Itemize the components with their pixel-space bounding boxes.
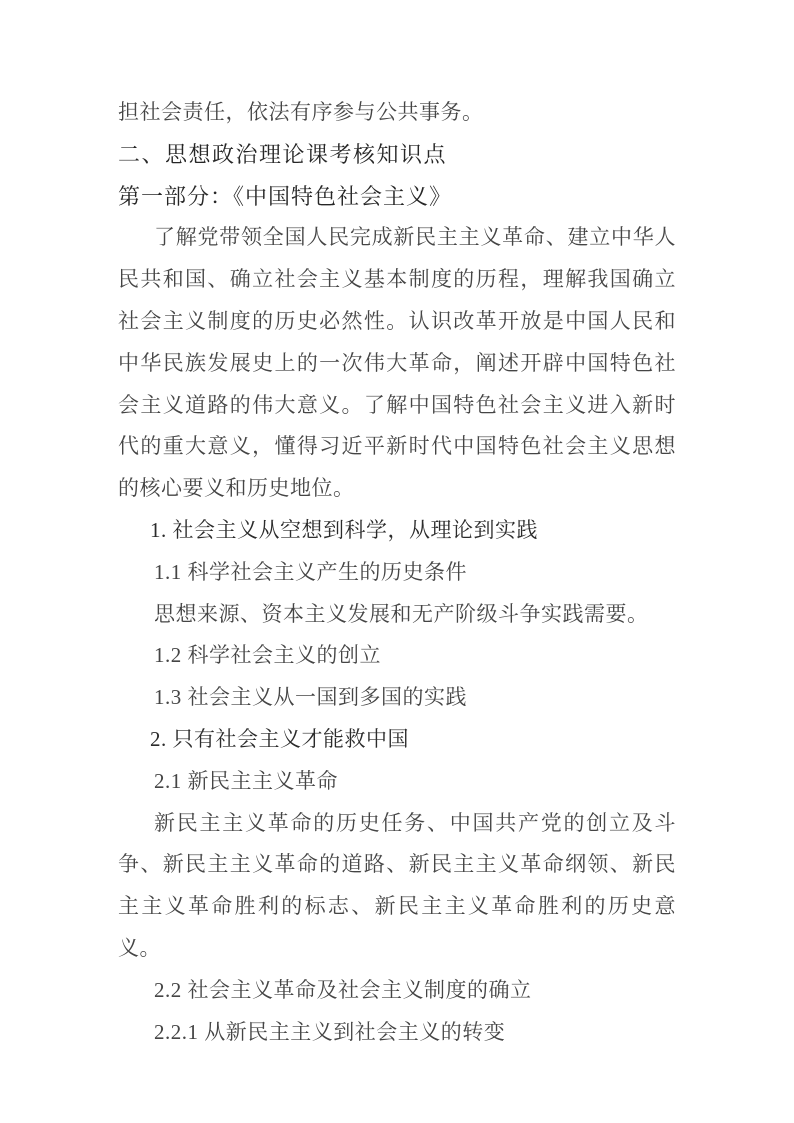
outline-note-2-1: 新民主主义革命的历史任务、中国共产党的创立及斗争、新民主主义革命的道路、新民主主… [118,803,676,970]
outline-item-2-2: 2.2 社会主义革命及社会主义制度的确立 [118,970,676,1012]
outline-item-chapter-1: 1. 社会主义从空想到科学，从理论到实践 [118,510,676,552]
outline-note-1-1: 思想来源、资本主义发展和无产阶级斗争实践需要。 [118,594,676,636]
outline-item-2-2-1: 2.2.1 从新民主主义到社会主义的转变 [118,1012,676,1054]
outline-item-1-1: 1.1 科学社会主义产生的历史条件 [118,552,676,594]
part-heading: 第一部分：《中国特色社会主义》 [118,176,676,218]
part-intro-paragraph: 了解党带领全国人民完成新民主主义革命、建立中华人民共和国、确立社会主义基本制度的… [118,217,676,510]
outline-item-chapter-2: 2. 只有社会主义才能救中国 [118,719,676,761]
previous-paragraph-tail: 担社会责任，依法有序参与公共事务。 [118,92,676,134]
document-content: 担社会责任，依法有序参与公共事务。 二、思想政治理论课考核知识点 第一部分：《中… [118,92,676,1053]
section-heading: 二、思想政治理论课考核知识点 [118,134,676,176]
outline-item-1-2: 1.2 科学社会主义的创立 [118,635,676,677]
document-page: 担社会责任，依法有序参与公共事务。 二、思想政治理论课考核知识点 第一部分：《中… [0,0,794,1123]
outline-item-1-3: 1.3 社会主义从一国到多国的实践 [118,677,676,719]
outline-item-2-1: 2.1 新民主主义革命 [118,761,676,803]
